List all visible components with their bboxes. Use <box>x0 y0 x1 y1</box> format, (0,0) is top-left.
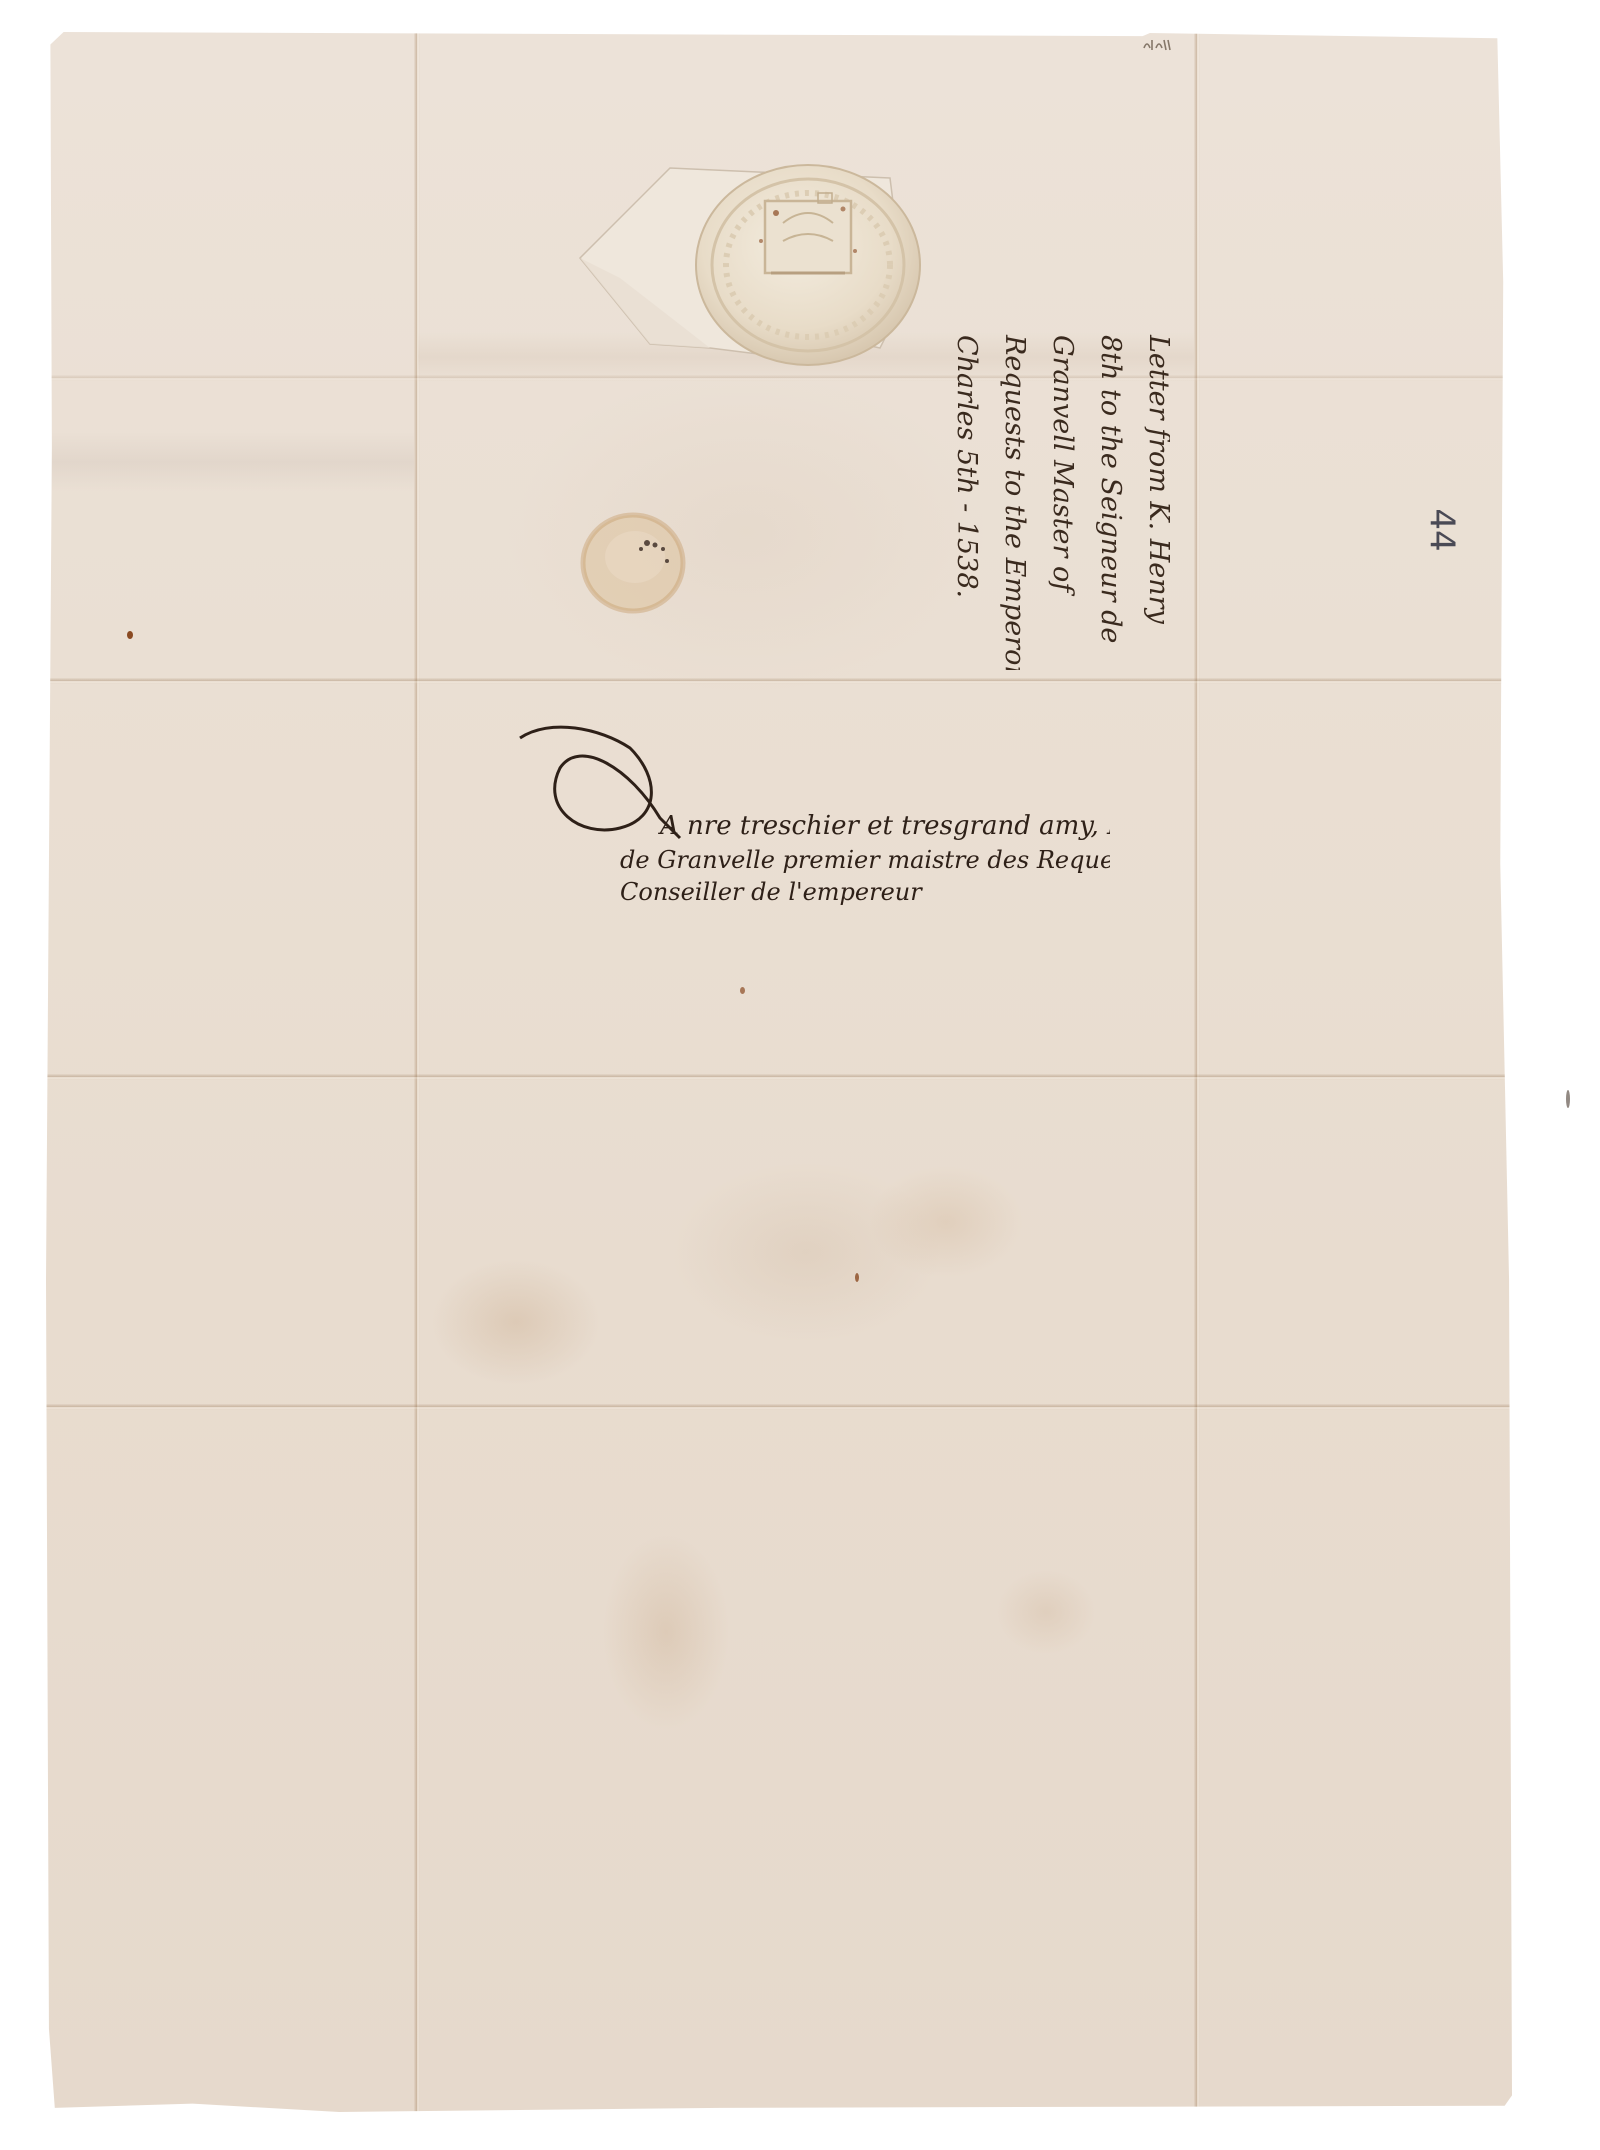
horizontal-fold-2 <box>46 678 1512 684</box>
horizontal-fold-4 <box>46 1404 1512 1410</box>
folio-number: 44 <box>1400 490 1480 570</box>
address-line-3: Conseiller de l'empereur <box>620 878 923 906</box>
docket-line-3: Granvell Master of <box>1047 335 1078 596</box>
docket-line-4: Requests to the Emperor <box>999 334 1030 670</box>
docket-line-1: Letter from K. Henry <box>1143 334 1170 625</box>
docket-line-2: 8th to the Seigneur de <box>1095 335 1126 643</box>
rust-spot <box>127 631 133 639</box>
archive-mark <box>1140 34 1180 56</box>
address-line-1: A nre treschier et tresgrand amy, Le Sie… <box>658 811 1110 841</box>
wax-stain <box>575 505 695 620</box>
folio-number-text: 44 <box>1422 508 1462 551</box>
wax-seal <box>683 153 933 373</box>
rust-spot <box>855 1273 859 1282</box>
rust-spot <box>1566 1090 1570 1108</box>
vertical-fold-right <box>1194 32 1200 2112</box>
horizontal-fold-3 <box>46 1074 1512 1080</box>
address-line-2: de Granvelle premier maistre des Request… <box>620 846 1110 874</box>
letter-address: A nre treschier et tresgrand amy, Le Sie… <box>510 708 1110 908</box>
archival-docket: Letter from K. Henry 8th to the Seigneur… <box>920 330 1170 670</box>
left-band-shade <box>46 432 414 492</box>
rust-spot <box>740 987 745 994</box>
docket-line-5: Charles 5th - 1538. <box>951 335 982 598</box>
